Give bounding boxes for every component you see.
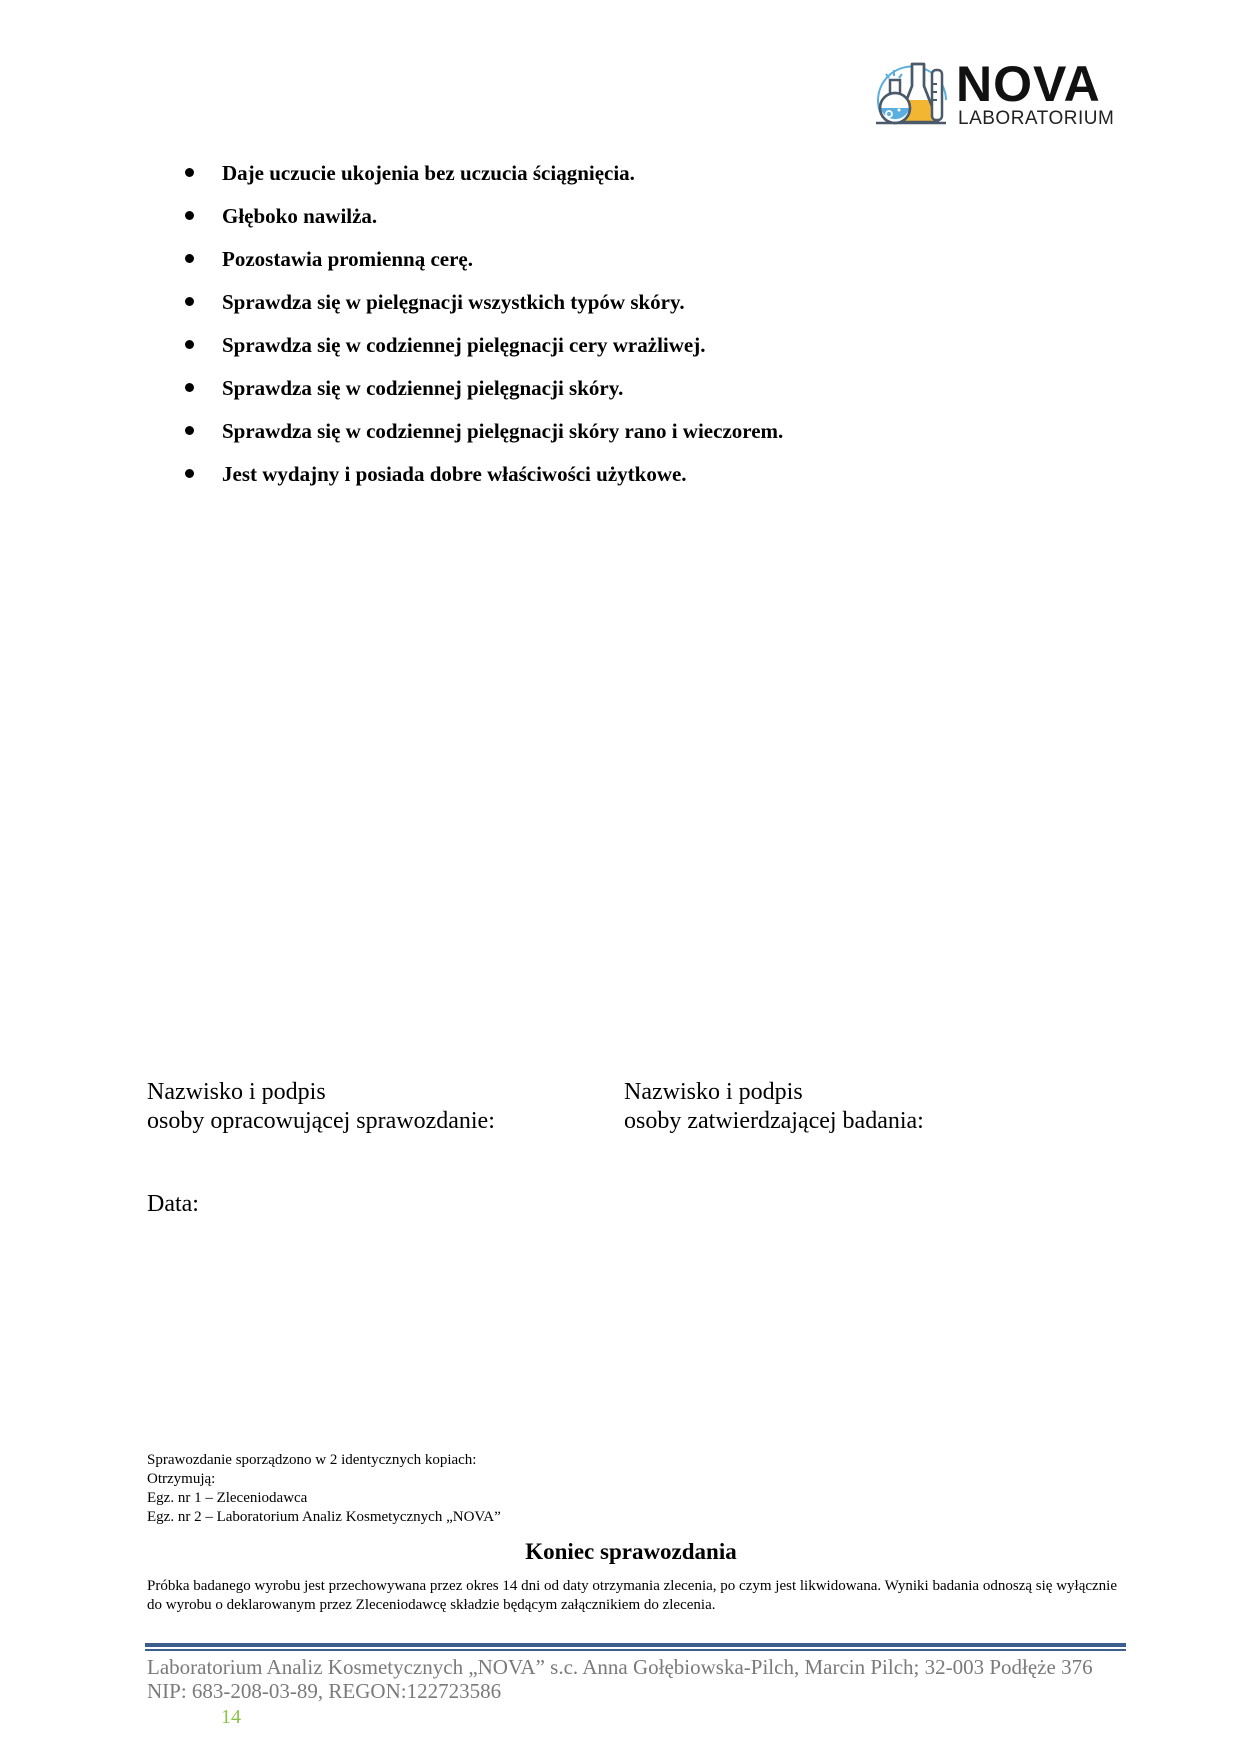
footer-rule-thick [145, 1643, 1126, 1647]
signature-label: Nazwisko i podpis [624, 1078, 924, 1107]
list-item: Jest wydajny i posiada dobre właściwości… [185, 459, 783, 502]
bullet-icon [185, 297, 194, 306]
claim-text: Sprawdza się w codziennej pielęgnacji sk… [222, 376, 623, 400]
sample-retention-note: Próbka badanego wyrobu jest przechowywan… [147, 1577, 1117, 1615]
claim-text: Pozostawia promienną cerę. [222, 247, 473, 271]
nova-logo: NOVA LABORATORIUM [872, 56, 1117, 136]
claim-text: Sprawdza się w codziennej pielęgnacji ce… [222, 333, 705, 357]
footer-company-line: Laboratorium Analiz Kosmetycznych „NOVA”… [147, 1655, 1093, 1679]
claim-text: Sprawdza się w pielęgnacji wszystkich ty… [222, 290, 685, 314]
copies-line: Otrzymują: [147, 1470, 501, 1489]
signature-block-author: Nazwisko i podpis osoby opracowującej sp… [147, 1078, 495, 1136]
footer-rule-thin [145, 1649, 1126, 1651]
footer-address: Laboratorium Analiz Kosmetycznych „NOVA”… [147, 1655, 1093, 1703]
logo-brand: NOVA [956, 56, 1101, 112]
list-item: Sprawdza się w pielęgnacji wszystkich ty… [185, 287, 783, 330]
copies-line: Sprawozdanie sporządzono w 2 identycznyc… [147, 1451, 501, 1470]
product-claims-list: Daje uczucie ukojenia bez uczucia ściągn… [185, 158, 783, 502]
list-item: Głęboko nawilża. [185, 201, 783, 244]
copies-line: Egz. nr 1 – Zleceniodawca [147, 1489, 501, 1508]
signature-role: osoby zatwierdzającej badania: [624, 1107, 924, 1136]
bullet-icon [185, 340, 194, 349]
list-item: Sprawdza się w codziennej pielęgnacji ce… [185, 330, 783, 373]
signature-block-approver: Nazwisko i podpis osoby zatwierdzającej … [624, 1078, 924, 1136]
claim-text: Głęboko nawilża. [222, 204, 377, 228]
lab-flasks-icon [872, 56, 952, 136]
list-item: Sprawdza się w codziennej pielęgnacji sk… [185, 373, 783, 416]
logo-subtitle: LABORATORIUM [958, 108, 1114, 130]
bullet-icon [185, 254, 194, 263]
bullet-icon [185, 383, 194, 392]
claim-text: Sprawdza się w codziennej pielęgnacji sk… [222, 419, 783, 443]
end-of-report-title: Koniec sprawozdania [0, 1537, 1241, 1567]
footer-tax-ids: NIP: 683-208-03-89, REGON:122723586 [147, 1679, 1093, 1703]
signature-label: Nazwisko i podpis [147, 1078, 495, 1107]
list-item: Sprawdza się w codziennej pielęgnacji sk… [185, 416, 783, 459]
claim-text: Jest wydajny i posiada dobre właściwości… [222, 462, 687, 486]
bullet-icon [185, 426, 194, 435]
copies-distribution: Sprawozdanie sporządzono w 2 identycznyc… [147, 1451, 501, 1527]
list-item: Daje uczucie ukojenia bez uczucia ściągn… [185, 158, 783, 201]
bullet-icon [185, 469, 194, 478]
bullet-icon [185, 211, 194, 220]
list-item: Pozostawia promienną cerę. [185, 244, 783, 287]
date-label: Data: [147, 1190, 199, 1219]
copies-line: Egz. nr 2 – Laboratorium Analiz Kosmetyc… [147, 1508, 501, 1527]
bullet-icon [185, 168, 194, 177]
claim-text: Daje uczucie ukojenia bez uczucia ściągn… [222, 161, 635, 185]
signature-role: osoby opracowującej sprawozdanie: [147, 1107, 495, 1136]
page-number: 14 [221, 1706, 241, 1728]
